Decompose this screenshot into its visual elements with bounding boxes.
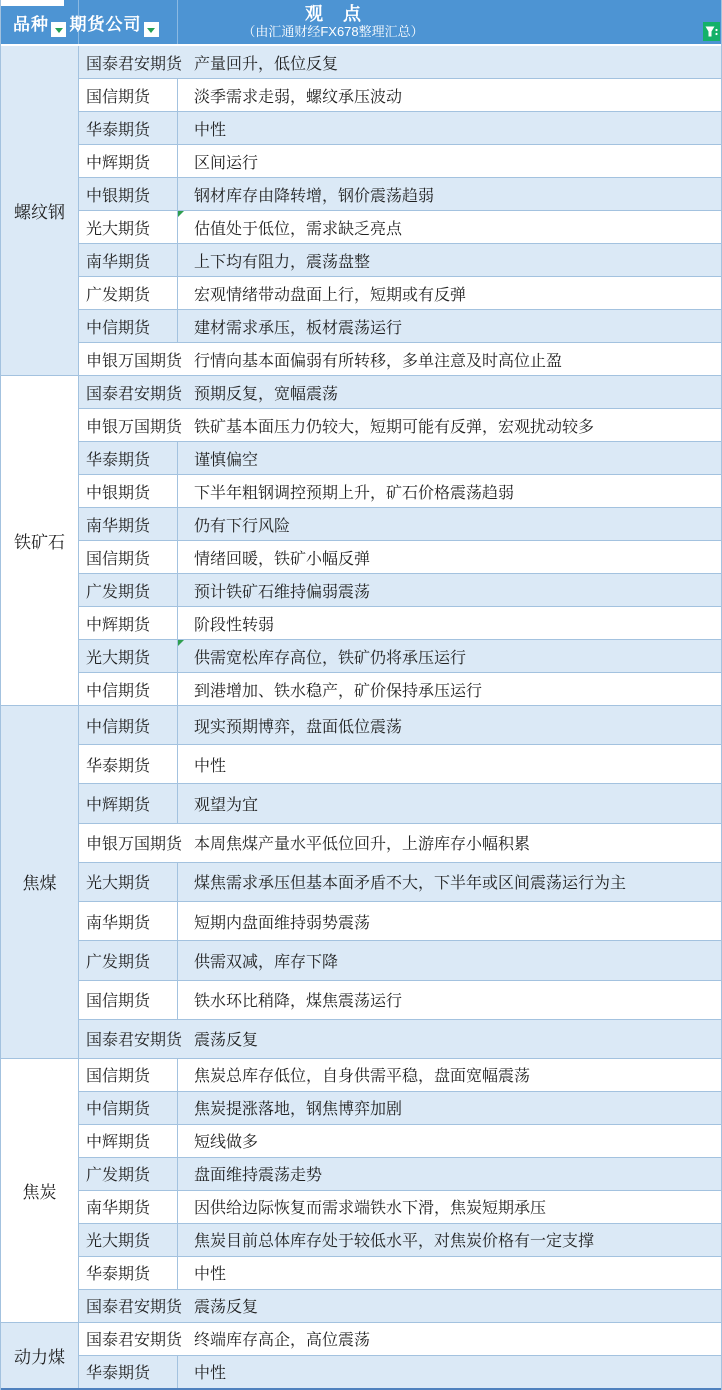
table-body: 螺纹钢国泰君安期货产量回升，低位反复国信期货淡季需求走弱，螺纹承压波动华泰期货中… [1,46,721,1389]
company-cell[interactable]: 国信期货 [79,981,178,1019]
viewpoint-cell[interactable]: 焦炭目前总体库存处于较低水平，对焦炭价格有一定支撑 [178,1224,721,1256]
table-row: 国信期货焦炭总库存低位，自身供需平稳，盘面宽幅震荡 [79,1059,721,1092]
company-cell[interactable]: 中信期货 [79,706,178,744]
company-cell[interactable]: 华泰期货 [79,1356,178,1388]
viewpoint-cell[interactable]: 铁水环比稍降，煤焦震荡运行 [178,981,721,1019]
category-cell[interactable]: 动力煤 [1,1323,79,1389]
company-cell[interactable]: 广发期货 [79,941,178,979]
viewpoint-cell[interactable]: 谨慎偏空 [178,442,721,474]
company-cell[interactable]: 中银期货 [79,178,178,210]
company-cell[interactable]: 国泰君安期货 [79,1323,178,1355]
viewpoint-cell[interactable]: 煤焦需求承压但基本面矛盾不大，下半年或区间震荡运行为主 [178,863,721,901]
company-cell[interactable]: 国泰君安期货 [79,376,178,408]
company-cell[interactable]: 国信期货 [79,541,178,573]
viewpoint-cell[interactable]: 供需双减，库存下降 [178,941,721,979]
company-cell[interactable]: 广发期货 [79,574,178,606]
category-label: 铁矿石 [14,528,65,553]
category-cell[interactable]: 螺纹钢 [1,46,79,376]
company-cell[interactable]: 申银万国期货 [79,409,178,441]
company-cell[interactable]: 光大期货 [79,640,178,672]
table-row: 中信期货现实预期博弈，盘面低位震荡 [79,706,721,745]
table-row: 中信期货焦炭提涨落地，钢焦博弈加剧 [79,1092,721,1125]
category-cell[interactable]: 铁矿石 [1,376,79,706]
viewpoint-cell[interactable]: 焦炭总库存低位，自身供需平稳，盘面宽幅震荡 [178,1059,721,1091]
table-row: 光大期货估值处于低位，需求缺乏亮点 [79,211,721,244]
company-cell[interactable]: 华泰期货 [79,1257,178,1289]
table-row: 国信期货情绪回暖，铁矿小幅反弹 [79,541,721,574]
company-cell[interactable]: 中信期货 [79,310,178,342]
viewpoint-cell[interactable]: 区间运行 [178,145,721,177]
commodity-section: 焦炭国信期货焦炭总库存低位，自身供需平稳，盘面宽幅震荡中信期货焦炭提涨落地，钢焦… [1,1059,721,1323]
viewpoint-cell[interactable]: 因供给边际恢复而需求端铁水下滑，焦炭短期承压 [178,1191,721,1223]
viewpoint-cell[interactable]: 短线做多 [178,1125,721,1157]
company-cell[interactable]: 中信期货 [79,673,178,705]
table-row: 广发期货供需双减，库存下降 [79,941,721,980]
table-row: 中银期货下半年粗钢调控预期上升，矿石价格震荡趋弱 [79,475,721,508]
commodity-section: 动力煤国泰君安期货终端库存高企，高位震荡华泰期货中性 [1,1323,721,1389]
viewpoint-cell[interactable]: 下半年粗钢调控预期上升，矿石价格震荡趋弱 [178,475,721,507]
table-row: 中辉期货短线做多 [79,1125,721,1158]
category-label: 焦煤 [23,869,57,894]
table-row: 申银万国期货本周焦煤产量水平低位回升，上游库存小幅积累 [79,824,721,863]
table-row: 光大期货煤焦需求承压但基本面矛盾不大，下半年或区间震荡运行为主 [79,863,721,902]
viewpoint-cell[interactable]: 建材需求承压，板材震荡运行 [178,310,721,342]
company-cell[interactable]: 国信期货 [79,79,178,111]
company-cell[interactable]: 南华期货 [79,902,178,940]
viewpoint-cell[interactable]: 本周焦煤产量水平低位回升，上游库存小幅积累 [178,824,721,862]
filter-funnel-icon[interactable] [703,22,720,41]
company-cell[interactable]: 中辉期货 [79,1125,178,1157]
table-row: 华泰期货中性 [79,745,721,784]
table-row: 国泰君安期货震荡反复 [79,1290,721,1323]
table-row: 南华期货因供给边际恢复而需求端铁水下滑，焦炭短期承压 [79,1191,721,1224]
company-cell[interactable]: 中信期货 [79,1092,178,1124]
viewpoint-cell[interactable]: 情绪回暖，铁矿小幅反弹 [178,541,721,573]
table-row: 国泰君安期货终端库存高企，高位震荡 [79,1323,721,1356]
viewpoint-cell[interactable]: 现实预期博弈，盘面低位震荡 [178,706,721,744]
table-row: 国信期货淡季需求走弱，螺纹承压波动 [79,79,721,112]
table-row: 华泰期货谨慎偏空 [79,442,721,475]
table-row: 中银期货钢材库存由降转增，钢价震荡趋弱 [79,178,721,211]
company-cell[interactable]: 南华期货 [79,1191,178,1223]
table-row: 广发期货宏观情绪带动盘面上行，短期或有反弹 [79,277,721,310]
company-cell[interactable]: 南华期货 [79,508,178,540]
viewpoint-cell[interactable]: 阶段性转弱 [178,607,721,639]
view-header-subtitle: （由汇通财经FX678整理汇总） [242,24,423,40]
view-header-label: 观 点 [305,4,361,24]
viewpoint-cell[interactable]: 供需宽松库存高位，铁矿仍将承压运行 [178,640,721,672]
company-cell[interactable]: 南华期货 [79,244,178,276]
company-cell[interactable]: 光大期货 [79,863,178,901]
column-header-company[interactable]: 期货公司 [79,0,178,44]
company-filter-dropdown[interactable] [144,22,159,37]
viewpoint-cell[interactable]: 盘面维持震荡走势 [178,1158,721,1190]
company-cell[interactable]: 华泰期货 [79,745,178,783]
viewpoint-cell[interactable]: 短期内盘面维持弱势震荡 [178,902,721,940]
column-header-variety[interactable]: 品种 [1,0,79,44]
viewpoint-cell[interactable]: 钢材库存由降转增，钢价震荡趋弱 [178,178,721,210]
viewpoint-cell[interactable]: 到港增加、铁水稳产，矿价保持承压运行 [178,673,721,705]
top-left-notch [1,0,64,6]
company-cell[interactable]: 国泰君安期货 [79,46,178,78]
table-row: 中信期货建材需求承压，板材震荡运行 [79,310,721,343]
viewpoint-cell[interactable]: 产量回升，低位反复 [178,46,721,78]
table-row: 国信期货铁水环比稍降，煤焦震荡运行 [79,981,721,1020]
table-row: 华泰期货中性 [79,1257,721,1290]
table-row: 中辉期货阶段性转弱 [79,607,721,640]
table-row: 光大期货焦炭目前总体库存处于较低水平，对焦炭价格有一定支撑 [79,1224,721,1257]
commodity-section: 螺纹钢国泰君安期货产量回升，低位反复国信期货淡季需求走弱，螺纹承压波动华泰期货中… [1,46,721,376]
table-row: 申银万国期货铁矿基本面压力仍较大，短期可能有反弹，宏观扰动较多 [79,409,721,442]
category-cell[interactable]: 焦炭 [1,1059,79,1323]
futures-views-table: 品种 期货公司 观 点 （由汇通财经FX678整理汇总） [0,0,722,1390]
table-header: 品种 期货公司 观 点 （由汇通财经FX678整理汇总） [1,0,721,46]
viewpoint-cell[interactable]: 中性 [178,112,721,144]
table-row: 中辉期货区间运行 [79,145,721,178]
company-header-label: 期货公司 [70,10,142,35]
viewpoint-cell[interactable]: 淡季需求走弱，螺纹承压波动 [178,79,721,111]
company-cell[interactable]: 国泰君安期货 [79,1290,178,1322]
table-row: 光大期货供需宽松库存高位，铁矿仍将承压运行 [79,640,721,673]
viewpoint-cell[interactable]: 估值处于低位，需求缺乏亮点 [178,211,721,243]
company-cell[interactable]: 华泰期货 [79,112,178,144]
table-row: 南华期货短期内盘面维持弱势震荡 [79,902,721,941]
viewpoint-cell[interactable]: 铁矿基本面压力仍较大，短期可能有反弹，宏观扰动较多 [178,409,721,441]
company-cell[interactable]: 光大期货 [79,1224,178,1256]
commodity-section: 焦煤中信期货现实预期博弈，盘面低位震荡华泰期货中性中辉期货观望为宜申银万国期货本… [1,706,721,1059]
table-row: 南华期货仍有下行风险 [79,508,721,541]
table-row: 国泰君安期货震荡反复 [79,1020,721,1059]
company-cell[interactable]: 中辉期货 [79,607,178,639]
table-row: 广发期货预计铁矿石维持偏弱震荡 [79,574,721,607]
category-cell[interactable]: 焦煤 [1,706,79,1059]
viewpoint-cell[interactable]: 预期反复，宽幅震荡 [178,376,721,408]
cell-flag-icon [178,211,184,217]
company-cell[interactable]: 中辉期货 [79,145,178,177]
table-row: 申银万国期货行情向基本面偏弱有所转移，多单注意及时高位止盈 [79,343,721,376]
viewpoint-cell[interactable]: 中性 [178,1257,721,1289]
company-cell[interactable]: 申银万国期货 [79,343,178,375]
table-row: 华泰期货中性 [79,112,721,145]
company-cell[interactable]: 华泰期货 [79,442,178,474]
company-cell[interactable]: 国信期货 [79,1059,178,1091]
company-cell[interactable]: 广发期货 [79,1158,178,1190]
table-row: 南华期货上下均有阻力，震荡盘整 [79,244,721,277]
column-header-view: 观 点 （由汇通财经FX678整理汇总） [178,0,721,44]
category-label: 动力煤 [14,1343,65,1368]
viewpoint-cell[interactable]: 仍有下行风险 [178,508,721,540]
table-row: 中信期货到港增加、铁水稳产，矿价保持承压运行 [79,673,721,706]
table-row: 广发期货盘面维持震荡走势 [79,1158,721,1191]
cell-flag-icon [178,640,184,646]
company-cell[interactable]: 中辉期货 [79,784,178,822]
chevron-down-icon [147,28,155,33]
viewpoint-cell[interactable]: 观望为宜 [178,784,721,822]
commodity-section: 铁矿石国泰君安期货预期反复，宽幅震荡申银万国期货铁矿基本面压力仍较大，短期可能有… [1,376,721,706]
viewpoint-cell[interactable]: 行情向基本面偏弱有所转移，多单注意及时高位止盈 [178,343,721,375]
company-cell[interactable]: 广发期货 [79,277,178,309]
category-label: 焦炭 [23,1178,57,1203]
company-cell[interactable]: 光大期货 [79,211,178,243]
viewpoint-cell[interactable]: 中性 [178,745,721,783]
viewpoint-cell[interactable]: 上下均有阻力，震荡盘整 [178,244,721,276]
viewpoint-cell[interactable]: 焦炭提涨落地，钢焦博弈加剧 [178,1092,721,1124]
viewpoint-cell[interactable]: 震荡反复 [178,1020,721,1058]
company-cell[interactable]: 中银期货 [79,475,178,507]
table-row: 中辉期货观望为宜 [79,784,721,823]
viewpoint-cell[interactable]: 中性 [178,1356,721,1388]
variety-filter-dropdown[interactable] [51,22,66,37]
viewpoint-cell[interactable]: 预计铁矿石维持偏弱震荡 [178,574,721,606]
table-row: 国泰君安期货预期反复，宽幅震荡 [79,376,721,409]
viewpoint-cell[interactable]: 终端库存高企，高位震荡 [178,1323,721,1355]
viewpoint-cell[interactable]: 宏观情绪带动盘面上行，短期或有反弹 [178,277,721,309]
category-label: 螺纹钢 [14,198,65,223]
table-row: 国泰君安期货产量回升，低位反复 [79,46,721,79]
company-cell[interactable]: 国泰君安期货 [79,1020,178,1058]
chevron-down-icon [55,28,63,33]
viewpoint-cell[interactable]: 震荡反复 [178,1290,721,1322]
variety-header-label: 品种 [13,10,49,35]
table-row: 华泰期货中性 [79,1356,721,1389]
company-cell[interactable]: 申银万国期货 [79,824,178,862]
